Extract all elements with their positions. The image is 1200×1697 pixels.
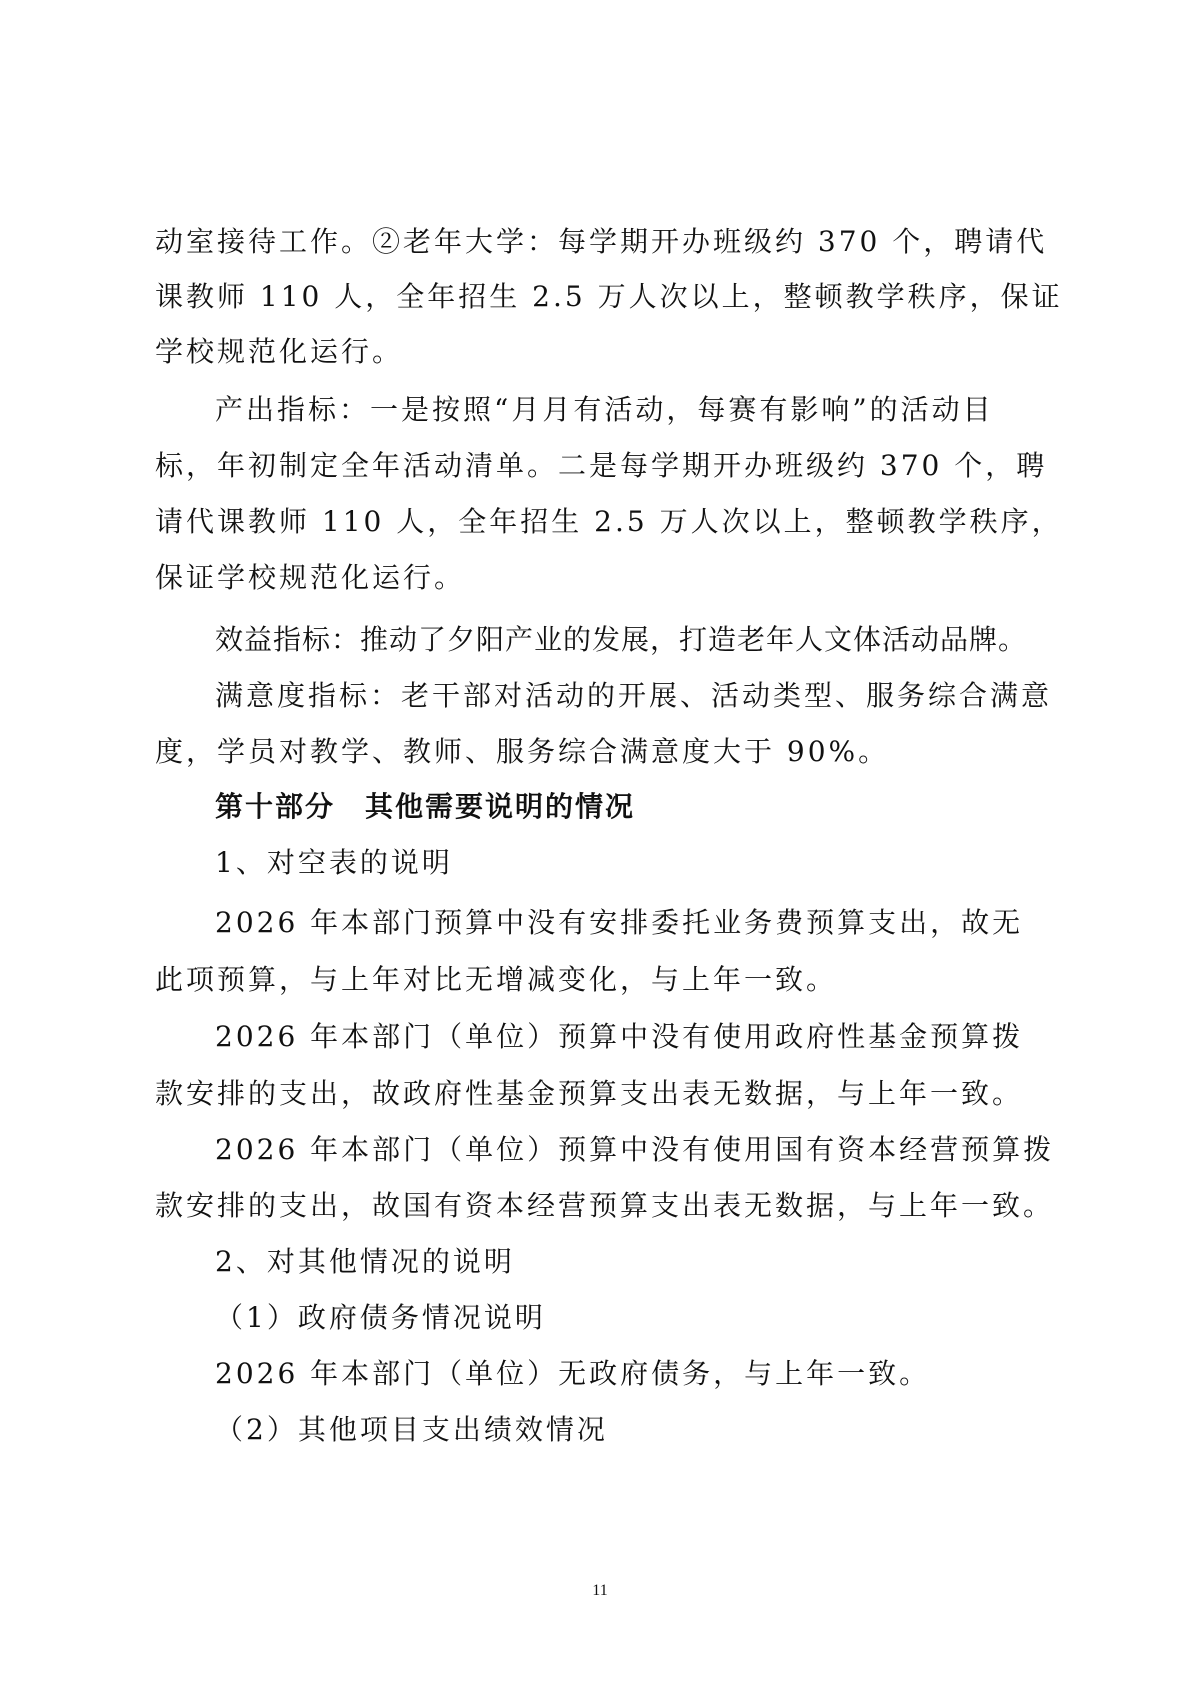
body-text-line: 学校规范化运行。	[155, 332, 403, 372]
body-text-line: 动室接待工作。②老年大学：每学期开办班级约 370 个，聘请代	[155, 222, 1047, 262]
body-text-line: 此项预算，与上年对比无增减变化，与上年一致。	[155, 960, 837, 1000]
subheading-other-projects: （2）其他项目支出绩效情况	[215, 1410, 608, 1450]
body-text-line: 2026 年本部门（单位）无政府债务，与上年一致。	[215, 1354, 930, 1394]
document-page: 动室接待工作。②老年大学：每学期开办班级约 370 个，聘请代 课教师 110 …	[0, 0, 1200, 1697]
page-number: 11	[0, 1582, 1200, 1600]
body-text-line: 课教师 110 人，全年招生 2.5 万人次以上，整顿教学秩序，保证	[155, 277, 1063, 317]
subheading-government-debt: （1）政府债务情况说明	[215, 1298, 546, 1338]
satisfaction-indicator-paragraph: 满意度指标：老干部对活动的开展、活动类型、服务综合满意	[215, 676, 1052, 716]
body-text-line: 标，年初制定全年活动清单。二是每学期开办班级约 370 个，聘	[155, 446, 1047, 486]
body-text-line: 请代课教师 110 人，全年招生 2.5 万人次以上，整顿教学秩序，	[155, 502, 1063, 542]
body-text-line: 款安排的支出，故国有资本经营预算支出表无数据，与上年一致。	[155, 1186, 1054, 1226]
body-text-line: 2026 年本部门（单位）预算中没有使用国有资本经营预算拨	[215, 1130, 1054, 1170]
output-indicator-paragraph: 产出指标：一是按照“月月有活动，每赛有影响”的活动目	[215, 390, 994, 430]
body-text-line: 保证学校规范化运行。	[155, 558, 465, 598]
body-text-line: 款安排的支出，故政府性基金预算支出表无数据，与上年一致。	[155, 1074, 1023, 1114]
section-heading: 第十部分 其他需要说明的情况	[215, 787, 635, 827]
subheading-other-notes: 2、对其他情况的说明	[215, 1242, 515, 1282]
body-text-line: 2026 年本部门预算中没有安排委托业务费预算支出，故无	[215, 903, 1023, 943]
body-text-line: 度，学员对教学、教师、服务综合满意度大于 90%。	[155, 732, 889, 772]
body-text-line: 2026 年本部门（单位）预算中没有使用政府性基金预算拨	[215, 1017, 1023, 1057]
subheading-empty-tables: 1、对空表的说明	[215, 843, 453, 883]
benefit-indicator-paragraph: 效益指标：推动了夕阳产业的发展，打造老年人文体活动品牌。	[215, 620, 1027, 660]
